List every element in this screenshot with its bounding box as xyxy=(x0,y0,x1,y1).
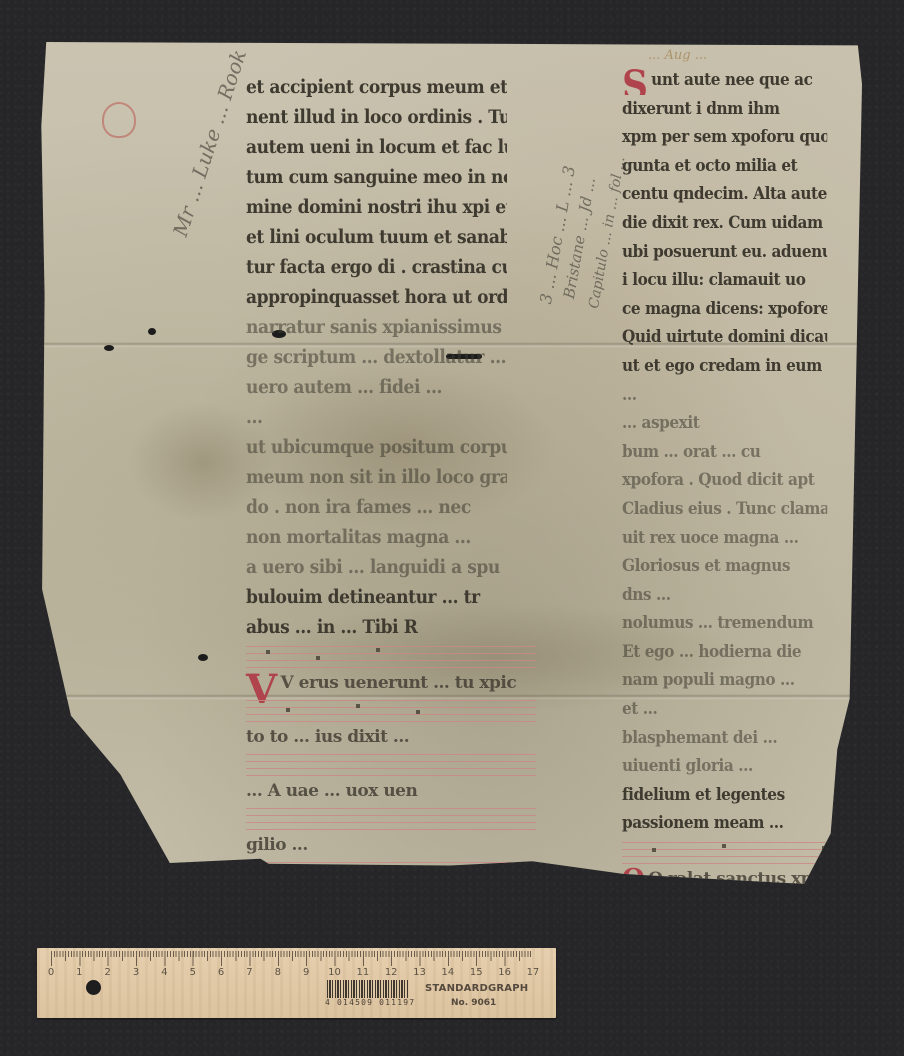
text-line: centu qndecim. Alta aute xyxy=(622,180,827,209)
text-line: nent illud in loco ordinis . Tu xyxy=(246,102,507,132)
worm-hole xyxy=(198,654,208,661)
text-line: ubi posuerunt eu. aduenus xyxy=(622,238,827,267)
marginal-note: Mr ... Luke ... Rook xyxy=(168,47,251,240)
chant-lyric: ... A uae ... uox uen xyxy=(246,778,536,804)
neume xyxy=(416,710,420,714)
left-text-column: et accipient corpus meum et po nent illu… xyxy=(246,72,536,884)
ruler-brand: STANDARDGRAPH xyxy=(425,983,528,994)
text-line: meum non sit in illo loco gran xyxy=(246,462,507,492)
text-line: passionem meam ... xyxy=(622,809,827,838)
red-loop-mark xyxy=(102,102,136,138)
red-initial: O xyxy=(622,866,644,884)
text-line: abus ... in ... Tibi R xyxy=(246,612,507,642)
text-line: et ... xyxy=(622,695,827,724)
text-line: ... aspexit xyxy=(622,409,827,438)
music-staff xyxy=(246,806,536,830)
text-line: Cladius eius . Tunc clama xyxy=(622,495,827,524)
text-line: xpm per sem xpoforu quod xyxy=(622,123,827,152)
text-line: uit rex uoce magna ... xyxy=(622,524,827,553)
text-line: ... xyxy=(622,381,827,410)
ruler-numbers: 0 1 2 3 4 5 6 7 8 9 10 11 12 13 14 15 16… xyxy=(51,967,551,981)
text-line: a uero sibi ... languidi a spu xyxy=(246,552,507,582)
neume xyxy=(356,704,360,708)
text-line: blasphemant dei ... xyxy=(622,724,827,753)
text-line: non mortalitas magna ... xyxy=(246,522,507,552)
chant-lyric: gilio ... xyxy=(246,832,536,858)
chant-lyric: V V erus uenerunt ... tu xpic xyxy=(246,670,536,696)
neume xyxy=(316,656,320,660)
text-line: nolumus ... tremendum xyxy=(622,609,827,638)
text-line: ce magna dicens: xpofore xyxy=(622,295,827,324)
worm-hole xyxy=(148,328,156,335)
text-line: i locu illu: clamauit uo xyxy=(622,266,827,295)
music-staff xyxy=(246,698,536,722)
neume xyxy=(266,650,270,654)
neume xyxy=(722,844,726,848)
chant-lyric: O O ralat sanctus xpi xyxy=(622,866,850,884)
photograph: Mr ... Luke ... Rook 3 ... Hoc ... L ...… xyxy=(0,0,904,1056)
text-line: ut et ego credam in eum ... xyxy=(622,352,827,381)
text-line: uero autem ... fidei ... xyxy=(246,372,507,402)
barcode-number: 4 014509 011197 xyxy=(325,998,415,1007)
red-initial: S xyxy=(622,66,648,95)
neume xyxy=(652,848,656,852)
text-line: fidelium et legentes xyxy=(622,781,827,810)
text-line: dns ... xyxy=(622,581,827,610)
ruler-ticks xyxy=(51,951,533,967)
neume xyxy=(286,708,290,712)
text-line: et lini oculum tuum et sanabi xyxy=(246,222,507,252)
text-line: narratur sanis xpianissimus arce xyxy=(246,312,507,342)
text-line: ge scriptum ... dextollatur ... agnum xyxy=(246,342,507,372)
right-text-column: S unt aute nee que ac dixerunt i dnm ihm… xyxy=(622,66,850,884)
text-line: autem ueni in locum et fac lu xyxy=(246,132,507,162)
manuscript-leaf: Mr ... Luke ... Rook 3 ... Hoc ... L ...… xyxy=(38,42,862,884)
text-line: ... xyxy=(246,402,507,432)
neume xyxy=(822,846,826,850)
text-line: xpofora . Quod dicit apt xyxy=(622,466,827,495)
text-line: appropinquasset hora ut ordo xyxy=(246,282,507,312)
text-line: bum ... orat ... cu xyxy=(622,438,827,467)
music-staff xyxy=(246,752,536,776)
text-line: Quid uirtute domini dicau xyxy=(622,323,827,352)
text-line: ut ubicumque positum corpus xyxy=(246,432,507,462)
barcode xyxy=(327,980,409,998)
text-line: et accipient corpus meum et po xyxy=(246,72,507,102)
text-line: do . non ira fames ... nec xyxy=(246,492,507,522)
worm-hole xyxy=(104,345,114,351)
text-line: bulouim detineantur ... tr xyxy=(246,582,507,612)
neume xyxy=(366,868,370,872)
music-staff xyxy=(246,860,536,884)
scale-ruler: 0 1 2 3 4 5 6 7 8 9 10 11 12 13 14 15 16… xyxy=(37,948,556,1018)
text-line: Et ego ... hodierna die xyxy=(622,638,827,667)
ruler-hang-hole xyxy=(86,980,101,995)
neume xyxy=(376,648,380,652)
text-line: gunta et octo milia et xyxy=(622,152,827,181)
text-line: mine domini nostri ihu xpi et xyxy=(246,192,507,222)
music-staff xyxy=(622,840,850,864)
music-staff xyxy=(246,644,536,668)
text-line: S unt aute nee que ac xyxy=(622,66,827,95)
text-line: Gloriosus et magnus xyxy=(622,552,827,581)
chant-lyric: to to ... ius dixit ... xyxy=(246,724,536,750)
marginal-note: ... Aug ... xyxy=(648,48,707,63)
text-line: tur facta ergo di . crastina cum xyxy=(246,252,507,282)
text-line: uiuenti gloria ... xyxy=(622,752,827,781)
text-line: die dixit rex. Cum uidam xyxy=(622,209,827,238)
ruler-model: No. 9061 xyxy=(451,998,496,1008)
text-line: tum cum sanguine meo in no xyxy=(246,162,507,192)
text-line: nam populi magno ... xyxy=(622,666,827,695)
text-line: dixerunt i dnm ihm xyxy=(622,95,827,124)
